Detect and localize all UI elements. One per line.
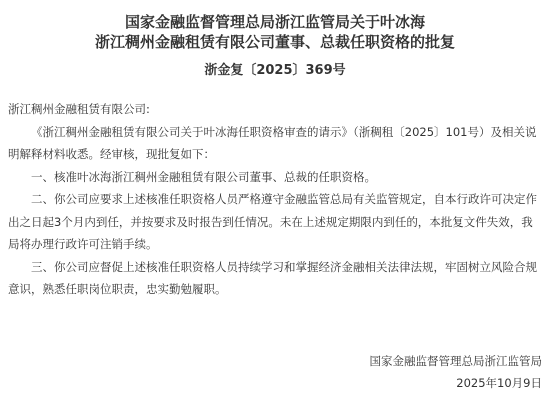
document-title: 国家金融监督管理总局浙江监管局关于叶冰海 浙江稠州金融租赁有限公司董事、总裁任职… (8, 12, 542, 52)
approval-document-page: 国家金融监督管理总局浙江监管局关于叶冰海 浙江稠州金融租赁有限公司董事、总裁任职… (0, 0, 550, 398)
signature-block: 国家金融监督管理总局浙江监管局 2025年10月9日 (8, 350, 542, 395)
document-body: 浙江稠州金融租赁有限公司: 《浙江稠州金融租赁有限公司关于叶冰海任职资格审查的请… (8, 98, 542, 301)
document-number: 浙金复〔2025〕369号 (8, 63, 542, 78)
paragraph-item-2: 二、你公司应要求上述核准任职资格人员严格遵守金融监管总局有关监管规定，自本行政许… (8, 188, 542, 256)
issue-date: 2025年10月9日 (8, 372, 542, 395)
document-title-line-1: 国家金融监督管理总局浙江监管局关于叶冰海 (8, 12, 542, 32)
paragraph-item-3: 三、你公司应督促上述核准任职资格人员持续学习和掌握经济金融相关法律法规，牢固树立… (8, 256, 542, 301)
paragraph-intro: 《浙江稠州金融租赁有限公司关于叶冰海任职资格审查的请示》（浙稠租〔2025〕10… (8, 121, 542, 166)
issuing-authority: 国家金融监督管理总局浙江监管局 (8, 350, 542, 373)
salutation: 浙江稠州金融租赁有限公司: (8, 98, 542, 121)
document-title-line-2: 浙江稠州金融租赁有限公司董事、总裁任职资格的批复 (8, 32, 542, 52)
paragraph-item-1: 一、核准叶冰海浙江稠州金融租赁有限公司董事、总裁的任职资格。 (8, 166, 542, 189)
